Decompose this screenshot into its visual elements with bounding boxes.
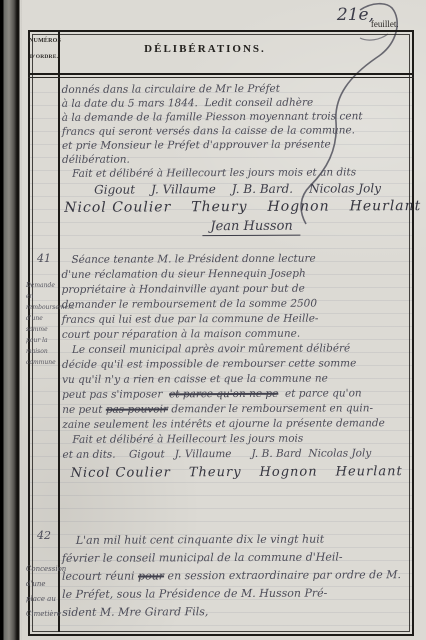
signature-row: Jean Husson bbox=[202, 218, 412, 236]
signature-row: Nicol CoulierTheuryHognonHeurlant bbox=[64, 198, 412, 216]
manuscript-line: en remboursement bbox=[26, 291, 66, 313]
manuscript-line: à la demande de la famille Piesson moyen… bbox=[62, 109, 412, 125]
numeros-header-line1: NUMÉROS bbox=[29, 38, 59, 45]
signature: Heurlant bbox=[336, 464, 403, 479]
book-binding-edge bbox=[0, 0, 22, 640]
signature: Nicolas Joly bbox=[309, 181, 381, 195]
entry41-margin-note: Demandeen remboursementd'une sommepour l… bbox=[26, 280, 66, 368]
folio-number: 21e, bbox=[337, 5, 374, 25]
entry42-margin-note: Concessiond'uneplace auCimetière bbox=[26, 562, 66, 622]
numeros-column-header: NUMÉROS D'ORDRE. bbox=[29, 38, 59, 61]
header-rule-thin bbox=[28, 77, 414, 78]
manuscript-line: maison bbox=[26, 346, 66, 357]
folio-header: 21e, feuillet. bbox=[337, 5, 374, 25]
folio-label: feuillet. bbox=[371, 19, 399, 29]
signature: Hognon bbox=[267, 199, 329, 215]
signature: Hognon bbox=[260, 465, 318, 480]
signature: Nicol Coulier bbox=[71, 465, 171, 481]
entry42-paragraph: L'an mil huit cent cinquante dix le ving… bbox=[62, 530, 412, 622]
entry42-lines: L'an mil huit cent cinquante dix le ving… bbox=[62, 530, 412, 622]
signature-row: GigoutJ. VillaumeJ. B. Bard.Nicolas Joly bbox=[94, 181, 412, 197]
numeros-header-line2: D'ORDRE. bbox=[29, 54, 59, 61]
signature: Jean Husson bbox=[202, 219, 301, 237]
manuscript-line: lecourt réuni pour en session extraordin… bbox=[62, 566, 412, 586]
deliberations-title: DÉLIBÉRATIONS. bbox=[60, 43, 350, 55]
entry41-margin-number: 41 bbox=[30, 252, 58, 265]
manuscript-line: Concession bbox=[26, 562, 66, 577]
manuscript-line: L'an mil huit cent cinquante dix le ving… bbox=[62, 530, 412, 550]
header-rule-thick bbox=[28, 73, 414, 75]
entry41-paragraph: Séance tenante M. le Président donne lec… bbox=[61, 251, 412, 481]
manuscript-line: Demande bbox=[26, 280, 66, 291]
manuscript-line: d'une somme bbox=[26, 313, 66, 335]
manuscript-line: et an dits. Gigout J. Villaume J. B. Bar… bbox=[62, 446, 412, 463]
entry41-lines: Séance tenante M. le Président donne lec… bbox=[61, 251, 412, 463]
signature: Nicol Coulier bbox=[64, 199, 171, 216]
signature-row: Nicol CoulierTheuryHognonHeurlant bbox=[71, 464, 413, 481]
signature: Heurlant bbox=[350, 198, 422, 214]
entry42-margin-number: 42 bbox=[30, 529, 58, 542]
signature: J. B. Bard. bbox=[232, 182, 293, 196]
manuscript-line: sident M. Mre Girard Fils, bbox=[62, 602, 412, 622]
manuscript-line: le Préfet, sous la Présidence de M. Huss… bbox=[62, 584, 412, 604]
signature: J. Villaume bbox=[151, 182, 216, 196]
manuscript-line: pour la bbox=[26, 335, 66, 346]
manuscript-line: commune bbox=[26, 357, 66, 368]
manuscript-line: d'une bbox=[26, 577, 66, 592]
signature: Theury bbox=[191, 199, 247, 215]
manuscript-line: place au bbox=[26, 592, 66, 607]
manuscript-line: février le conseil municipal de la commu… bbox=[62, 548, 412, 568]
manuscript-line: Cimetière bbox=[26, 607, 66, 622]
manuscript-line: zaine seulement les intérêts et ajourne … bbox=[62, 416, 412, 433]
signature: Theury bbox=[189, 465, 242, 480]
continuation-lines: donnés dans la circulaire de Mr le Préfe… bbox=[62, 81, 413, 181]
manuscript-line: Fait et délibéré à Heillecourt les jours… bbox=[62, 165, 412, 181]
signature: Gigout bbox=[94, 183, 135, 197]
continuation-paragraph: donnés dans la circulaire de Mr le Préfe… bbox=[62, 81, 413, 237]
scanned-register-page: 21e, feuillet. NUMÉROS D'ORDRE. DÉLIBÉRA… bbox=[0, 0, 426, 640]
